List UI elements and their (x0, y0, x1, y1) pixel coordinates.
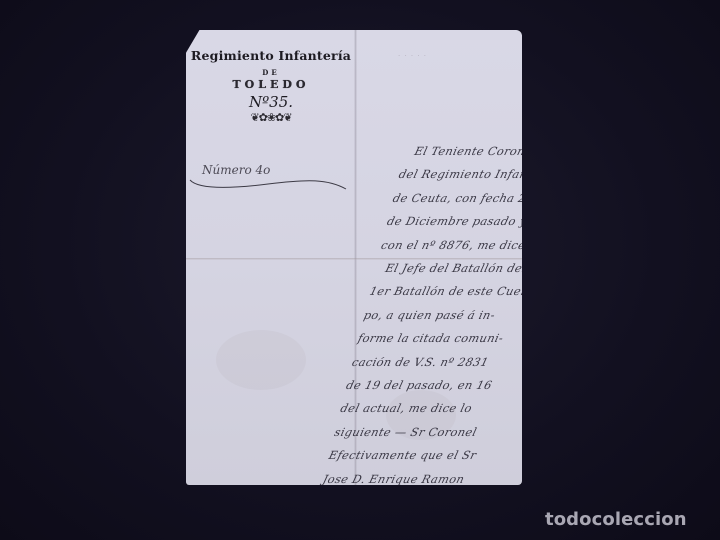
handwritten-line: Efectivamente que el Sr (322, 444, 493, 467)
handwritten-line: del actual, me dice lo (334, 397, 505, 420)
handwritten-line: forme la citada comuni- (351, 327, 522, 350)
handwritten-line: de Diciembre pasado y (380, 210, 551, 233)
letterhead-de: DE (186, 68, 356, 77)
watermark: todocoleccion (545, 509, 687, 530)
handwritten-line: del Regimiento Infantería (392, 163, 563, 186)
laurel-ornament-icon: ❦✿❀✿❦ (186, 111, 356, 124)
regiment-number: Nº35. (186, 93, 356, 111)
handwritten-line: El Jefe del Batallón del (369, 257, 540, 280)
document-sheet: · · · · · Regimiento Infantería DE TOLED… (186, 30, 522, 485)
handwritten-line: de 19 del pasado, en 16 (339, 374, 510, 397)
handwritten-line: cación de V.S. nº 2831 (345, 351, 516, 374)
letterhead-city: TOLEDO (186, 78, 356, 91)
handwritten-line: con el nº 8876, me dice: (374, 234, 545, 257)
faded-stamp: · · · · · (398, 52, 503, 64)
handwritten-line: paga del mes de Julio (304, 515, 475, 538)
numero-label: Número 4o (202, 163, 270, 177)
letterhead: Regimiento Infantería DE TOLEDO Nº35. ❦✿… (186, 48, 356, 124)
paper-stain (216, 330, 306, 390)
handwritten-line: El Teniente Coronel (398, 140, 569, 163)
flourish-swash-icon (188, 177, 348, 191)
handwritten-line: po, a quien pasé á in- (357, 304, 528, 327)
handwritten-line: se tiene reclamada la (310, 491, 481, 514)
handwritten-line: siguiente — Sr Coronel (328, 421, 499, 444)
regiment-title: Regimiento Infantería (186, 48, 356, 63)
handwritten-body: El Teniente Coronel del Regimiento Infan… (304, 140, 568, 538)
handwritten-line: Jose D. Enrique Ramon (316, 468, 487, 491)
handwritten-line: de Ceuta, con fecha 29 (386, 187, 557, 210)
handwritten-line: 1er Batallón de este Cuer- (363, 280, 534, 303)
